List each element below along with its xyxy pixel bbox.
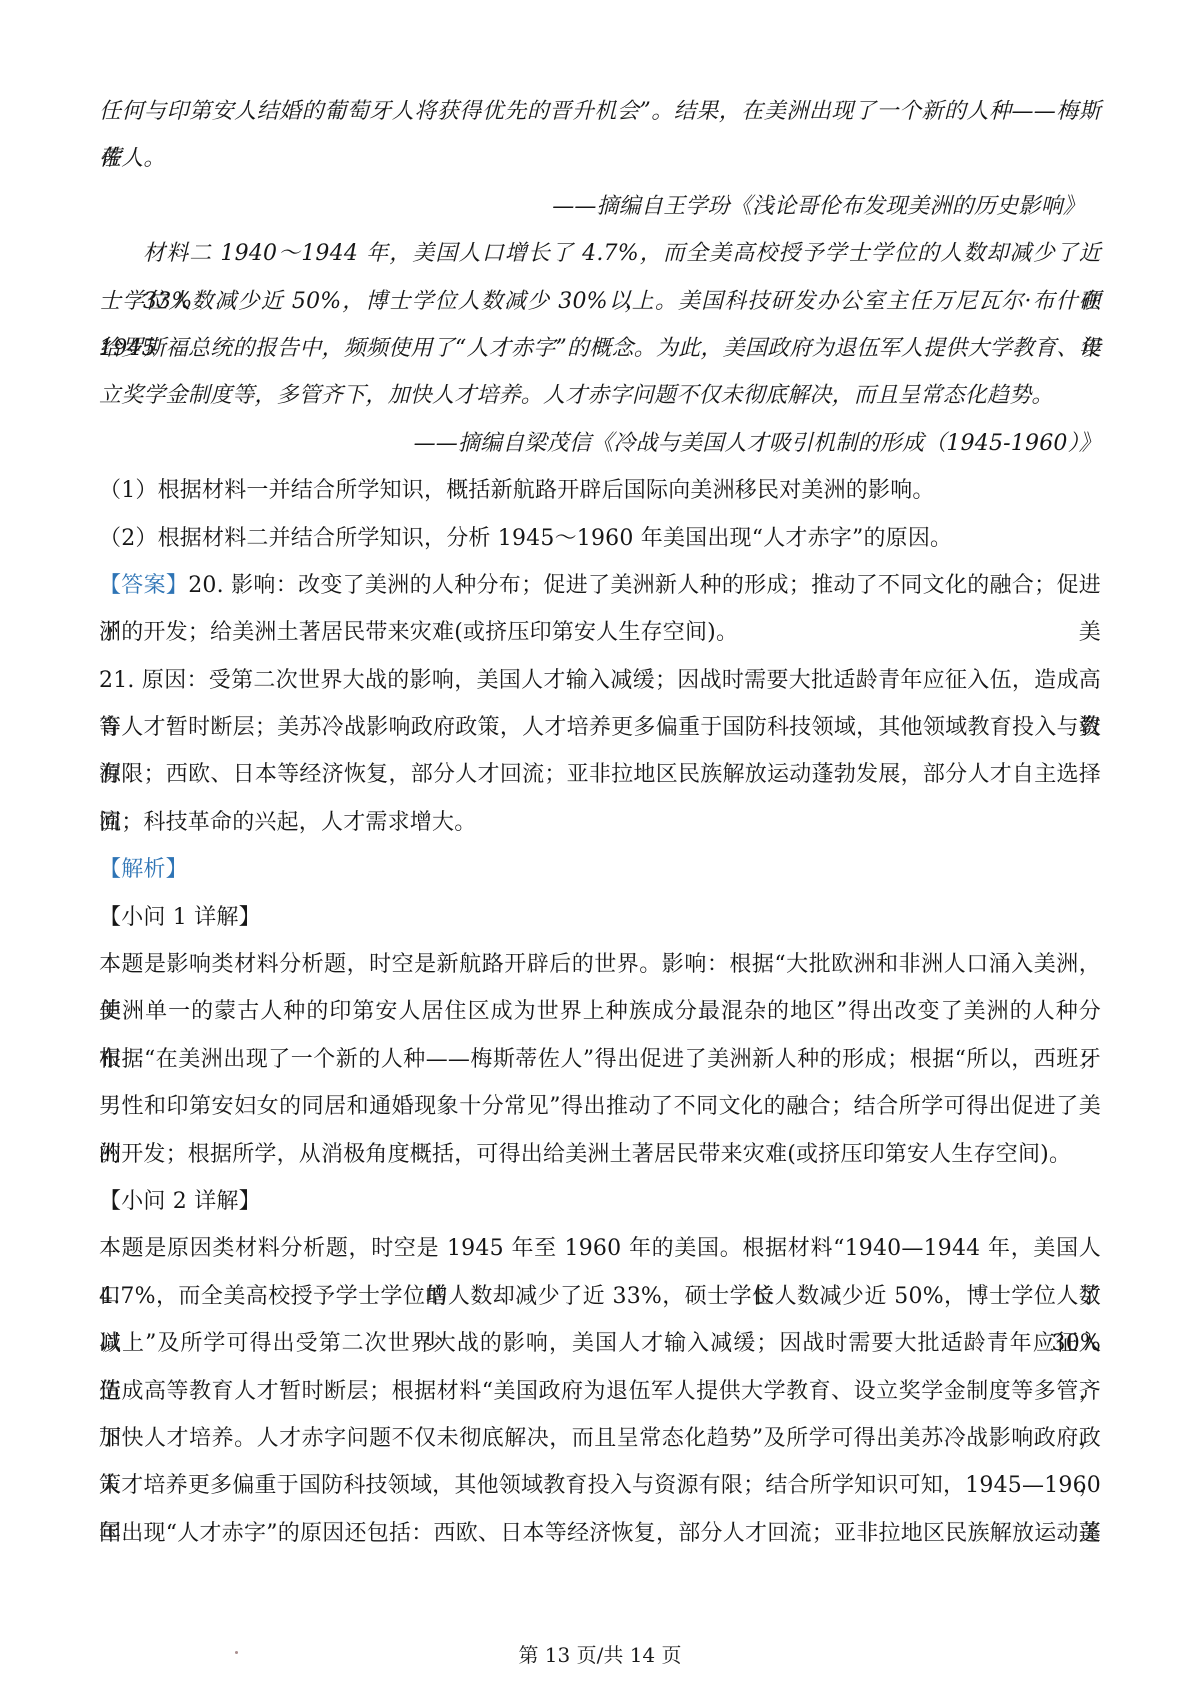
text-line: 本题是原因类材料分析题，时空是 1945 年至 1960 年的美国。根据材料“1… — [99, 1225, 1101, 1272]
text-line: 立奖学金制度等，多管齐下，加快人才培养。人才赤字问题不仅未彻底解决，而且呈常态化… — [99, 372, 1101, 419]
text-line: 流；科技革命的兴起，人才需求增大。 — [99, 799, 1101, 846]
text-line: 【小问 1 详解】 — [99, 894, 1101, 941]
text-line: 加快人才培养。人才赤字问题不仅未彻底解决，而且呈常态化趋势”及所学可得出美苏冷战… — [99, 1415, 1101, 1462]
text-run: 洲的开发；给美洲土著居民带来灾难(或挤压印第安人生存空间)。 — [99, 620, 738, 645]
text-line: 根据“在美洲出现了一个新的人种——梅斯蒂佐人”得出促进了美洲新人种的形成；根据“… — [99, 1036, 1101, 1083]
document-content: 任何与印第安人结婚的葡萄牙人将获得优先的晋升机会”。结果，在美洲出现了一个新的人… — [99, 88, 1101, 1557]
text-run: 给罗斯福总统的报告中，频频使用了“人才赤字”的概念。为此，美国政府为退伍军人提供… — [99, 336, 1101, 361]
text-line: 【小问 2 详解】 — [99, 1178, 1101, 1225]
text-line: 的开发；根据所学，从消极角度概括，可得出给美洲土著居民带来灾难(或挤压印第安人生… — [99, 1131, 1101, 1178]
text-line: 育人才暂时断层；美苏冷战影响政府政策，人才培养更多偏重于国防科技领域，其他领域教… — [99, 704, 1101, 751]
document-page: 任何与印第安人结婚的葡萄牙人将获得优先的晋升机会”。结果，在美洲出现了一个新的人… — [0, 0, 1200, 1698]
text-run: （1）根据材料一并结合所学知识，概括新航路开辟后国际向美洲移民对美洲的影响。 — [99, 478, 935, 503]
text-line: ——摘编自王学玢《浅论哥伦布发现美洲的历史影响》 — [99, 183, 1101, 230]
text-run: 立奖学金制度等，多管齐下，加快人才培养。人才赤字问题不仅未彻底解决，而且呈常态化… — [99, 383, 1054, 408]
text-line: 佐人。 — [99, 135, 1101, 182]
text-line: 国出现“人才赤字”的原因还包括：西欧、日本等经济恢复，部分人才回流；亚非拉地区民… — [99, 1510, 1101, 1557]
text-run: 的开发；根据所学，从消极角度概括，可得出给美洲土著居民带来灾难(或挤压印第安人生… — [99, 1142, 1071, 1167]
text-run: 【小问 2 详解】 — [99, 1189, 261, 1214]
text-line: 材料二 1940～1944 年，美国人口增长了 4.7%，而全美高校授予学士学位… — [99, 230, 1101, 277]
text-run: ——摘编自梁茂信《冷战与美国人才吸引机制的形成（1945-1960）》 — [414, 431, 1101, 456]
text-run: 国出现“人才赤字”的原因还包括：西欧、日本等经济恢复，部分人才回流；亚非拉地区民… — [99, 1521, 1101, 1546]
text-run: 【小问 1 详解】 — [99, 905, 261, 930]
text-line: 4.7%，而全美高校授予学士学位的人数却减少了近 33%，硕士学位人数减少近 5… — [99, 1273, 1101, 1320]
page-number: 第 13 页/共 14 页 — [518, 1643, 681, 1667]
text-line: 有限；西欧、日本等经济恢复，部分人才回流；亚非拉地区民族解放运动蓬勃发展，部分人… — [99, 751, 1101, 798]
text-line: 【答案】20. 影响：改变了美洲的人种分布；促进了美洲新人种的形成；推动了不同文… — [99, 562, 1101, 609]
text-line: 男性和印第安妇女的同居和通婚现象十分常见”得出推动了不同文化的融合；结合所学可得… — [99, 1083, 1101, 1130]
text-line: 本题是影响类材料分析题，时空是新航路开辟后的世界。影响：根据“大批欧洲和非洲人口… — [99, 941, 1101, 988]
text-run: 流；科技革命的兴起，人才需求增大。 — [99, 810, 476, 835]
text-line: 【解析】 — [99, 846, 1101, 893]
text-line: （2）根据材料二并结合所学知识，分析 1945～1960 年美国出现“人才赤字”… — [99, 515, 1101, 562]
text-run: ——摘编自王学玢《浅论哥伦布发现美洲的历史影响》 — [552, 194, 1085, 219]
text-line: 美洲单一的蒙古人种的印第安人居住区成为世界上种族成分最混杂的地区”得出改变了美洲… — [99, 988, 1101, 1035]
text-line: 造成高等教育人才暂时断层；根据材料“美国政府为退伍军人提供大学教育、设立奖学金制… — [99, 1368, 1101, 1415]
text-line: 任何与印第安人结婚的葡萄牙人将获得优先的晋升机会”。结果，在美洲出现了一个新的人… — [99, 88, 1101, 135]
text-line: 士学位人数减少近 50%，博士学位人数减少 30%以上。美国科技研发办公室主任万… — [99, 278, 1101, 325]
section-marker: 【解析】 — [99, 857, 188, 882]
page-footer: 第 13 页/共 14 页 — [0, 1640, 1200, 1670]
text-line: ——摘编自梁茂信《冷战与美国人才吸引机制的形成（1945-1960）》 — [99, 420, 1101, 467]
text-line: 21. 原因：受第二次世界大战的影响，美国人才输入减缓；因战时需要大批适龄青年应… — [99, 657, 1101, 704]
text-run: （2）根据材料二并结合所学知识，分析 1945～1960 年美国出现“人才赤字”… — [99, 526, 952, 551]
text-line: 人才培养更多偏重于国防科技领域，其他领域教育投入与资源有限；结合所学知识可知，1… — [99, 1462, 1101, 1509]
text-line: （1）根据材料一并结合所学知识，概括新航路开辟后国际向美洲移民对美洲的影响。 — [99, 467, 1101, 514]
text-run: 根据“在美洲出现了一个新的人种——梅斯蒂佐人”得出促进了美洲新人种的形成；根据“… — [99, 1047, 1101, 1072]
text-line: 给罗斯福总统的报告中，频频使用了“人才赤字”的概念。为此，美国政府为退伍军人提供… — [99, 325, 1101, 372]
section-marker: 【答案】 — [99, 573, 188, 598]
text-line: 以上”及所学可得出受第二次世界大战的影响，美国人才输入减缓；因战时需要大批适龄青… — [99, 1320, 1101, 1367]
text-run: 佐人。 — [99, 146, 166, 171]
